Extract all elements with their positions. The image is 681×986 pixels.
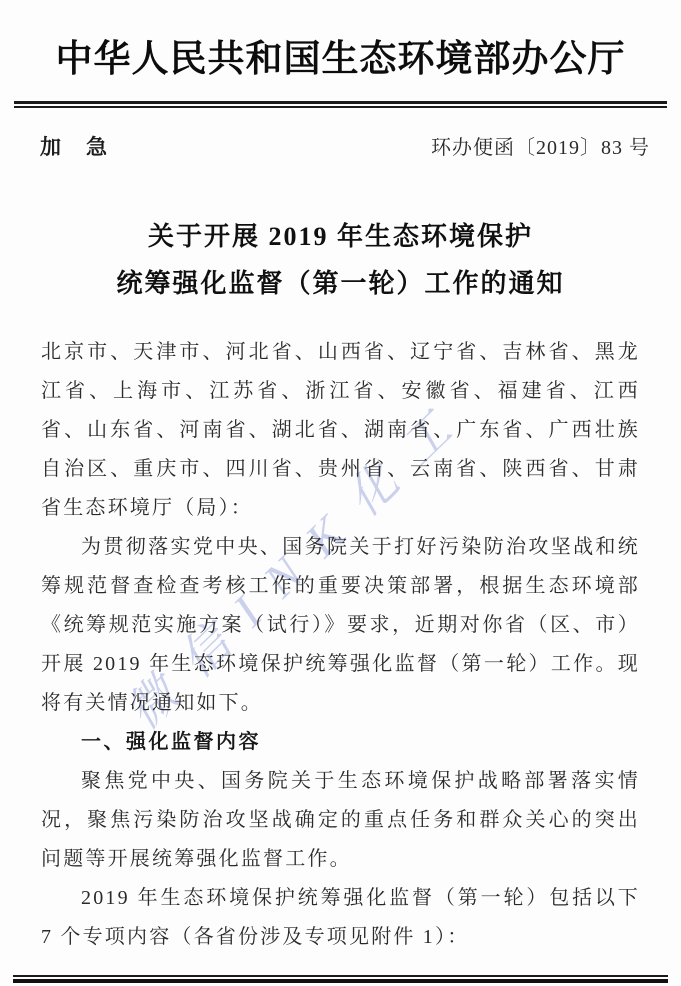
footer-divider-thick-line: [13, 979, 668, 983]
document-page: 微信INK化工 中华人民共和国生态环境部办公厅 加 急 环办便函〔2019〕83…: [0, 0, 681, 986]
letterhead-org-name: 中华人民共和国生态环境部办公厅: [0, 0, 681, 86]
urgency-label: 加 急: [40, 131, 109, 161]
header-divider-thick-line: [14, 101, 667, 104]
document-title-line1: 关于开展 2019 年生态环境保护: [0, 213, 681, 260]
intro-paragraph: 为贯彻落实党中央、国务院关于打好污染防治攻坚战和统筹规范督查检查考核工作的重要决…: [41, 528, 640, 723]
meta-row: 加 急 环办便函〔2019〕83 号: [0, 131, 681, 161]
footer-divider: [13, 975, 668, 983]
letterhead: 中华人民共和国生态环境部办公厅 加 急 环办便函〔2019〕83 号: [0, 0, 681, 161]
header-divider-thin-line: [14, 106, 667, 108]
footer-divider-thin-line: [13, 975, 668, 977]
section1-paragraph1: 聚焦党中央、国务院关于生态环境保护战略部署落实情况，聚焦污染防治攻坚战确定的重点…: [41, 762, 640, 879]
document-title: 关于开展 2019 年生态环境保护 统筹强化监督（第一轮）工作的通知: [0, 213, 681, 307]
document-number: 环办便函〔2019〕83 号: [431, 131, 650, 160]
recipients-paragraph: 北京市、天津市、河北省、山西省、辽宁省、吉林省、黑龙江省、上海市、江苏省、浙江省…: [41, 333, 640, 528]
section1-paragraph2: 2019 年生态环境保护统筹强化监督（第一轮）包括以下 7 个专项内容（各省份涉…: [41, 879, 640, 957]
document-title-line2: 统筹强化监督（第一轮）工作的通知: [0, 260, 681, 307]
section1-heading: 一、强化监督内容: [41, 723, 640, 762]
document-body: 北京市、天津市、河北省、山西省、辽宁省、吉林省、黑龙江省、上海市、江苏省、浙江省…: [0, 333, 681, 957]
header-divider: [14, 101, 667, 108]
